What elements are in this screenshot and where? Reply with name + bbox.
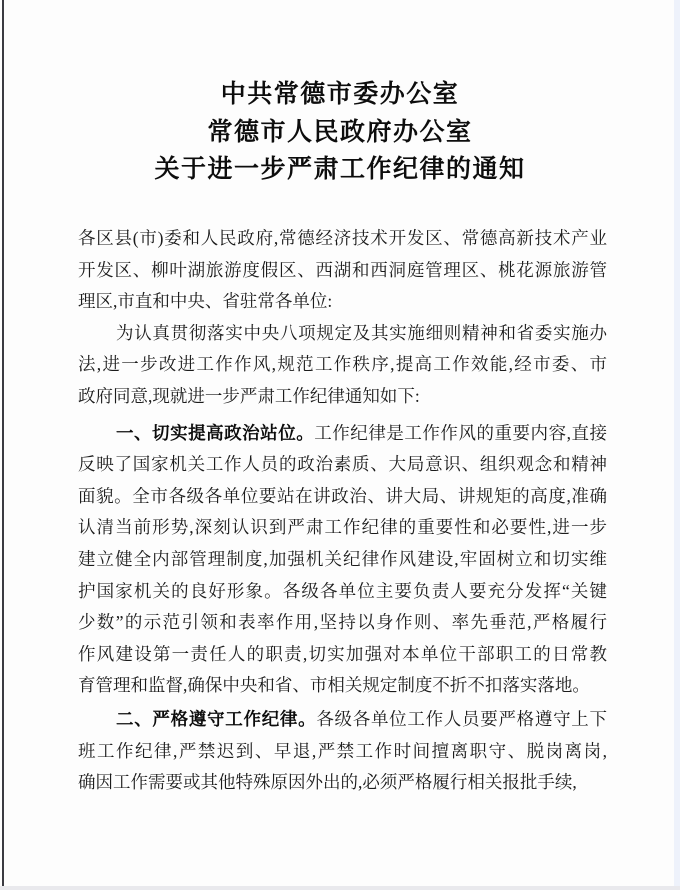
body-line: 面貌。全市各级各单位要站在讲政治、讲大局、讲规矩的高度,准确 [78, 481, 607, 513]
body-line: 育管理和监督,确保中央和省、市相关规定制度不折不扣落实落地。 [78, 670, 607, 702]
body-line-text: 工作纪律是工作作风的重要内容,直接 [314, 423, 607, 443]
section-2-paragraph: 二、严格遵守工作纪律。各级各单位工作人员要严格遵守上下 班工作纪律,严禁迟到、早… [78, 704, 607, 799]
title-line-subject: 关于进一步严肃工作纪律的通知 [0, 151, 680, 189]
section-1-paragraph: 一、切实提高政治站位。工作纪律是工作作风的重要内容,直接 反映了国家机关工作人员… [78, 418, 607, 702]
body-line: 一、切实提高政治站位。工作纪律是工作作风的重要内容,直接 [78, 418, 607, 450]
document-body: 各区县(市)委和人民政府,常德经济技术开发区、常德高新技术产业 开发区、柳叶湖旅… [78, 223, 607, 799]
body-line: 理区,市直和中央、省驻常各单位: [78, 286, 607, 318]
section-2-heading: 二、严格遵守工作纪律。 [116, 709, 316, 729]
body-line: 建立健全内部管理制度,加强机关纪律作风建设,牢固树立和切实维 [78, 544, 607, 576]
section-1-heading: 一、切实提高政治站位。 [116, 423, 314, 443]
body-line: 各区县(市)委和人民政府,常德经济技术开发区、常德高新技术产业 [78, 223, 607, 255]
body-line: 为认真贯彻落实中央八项规定及其实施细则精神和省委实施办 [78, 318, 607, 350]
body-line: 少数”的示范引领和表率作用,坚持以身作则、率先垂范,严格履行 [78, 607, 607, 639]
scanned-document-page: 中共常德市委办公室 常德市人民政府办公室 关于进一步严肃工作纪律的通知 各区县(… [0, 0, 680, 890]
salutation-paragraph: 各区县(市)委和人民政府,常德经济技术开发区、常德高新技术产业 开发区、柳叶湖旅… [78, 223, 607, 318]
body-line: 政府同意,现就进一步严肃工作纪律通知如下: [78, 381, 607, 413]
body-line: 反映了国家机关工作人员的政治素质、大局意识、组织观念和精神 [78, 449, 607, 481]
intro-paragraph: 为认真贯彻落实中央八项规定及其实施细则精神和省委实施办 法,进一步改进工作作风,… [78, 318, 607, 413]
title-line-issuer-2: 常德市人民政府办公室 [0, 114, 680, 152]
body-line: 法,进一步改进工作作风,规范工作秩序,提高工作效能,经市委、市 [78, 349, 607, 381]
body-line: 班工作纪律,严禁迟到、早退,严禁工作时间擅离职守、脱岗离岗, [78, 736, 607, 768]
body-line: 作风建设第一责任人的职责,切实加强对本单位干部职工的日常教 [78, 639, 607, 671]
body-line: 二、严格遵守工作纪律。各级各单位工作人员要严格遵守上下 [78, 704, 607, 736]
body-line: 认清当前形势,深刻认识到严肃工作纪律的重要性和必要性,进一步 [78, 512, 607, 544]
body-line: 开发区、柳叶湖旅游度假区、西湖和西洞庭管理区、桃花源旅游管 [78, 255, 607, 287]
body-line-text: 各级各单位工作人员要严格遵守上下 [316, 709, 607, 729]
title-line-issuer-1: 中共常德市委办公室 [0, 76, 680, 114]
document-title: 中共常德市委办公室 常德市人民政府办公室 关于进一步严肃工作纪律的通知 [0, 76, 680, 189]
body-line: 确因工作需要或其他特殊原因外出的,必须严格履行相关报批手续, [78, 767, 607, 799]
body-line: 护国家机关的良好形象。各级各单位主要负责人要充分发挥“关键 [78, 576, 607, 608]
scan-artifact-bottom-strip [0, 886, 680, 890]
